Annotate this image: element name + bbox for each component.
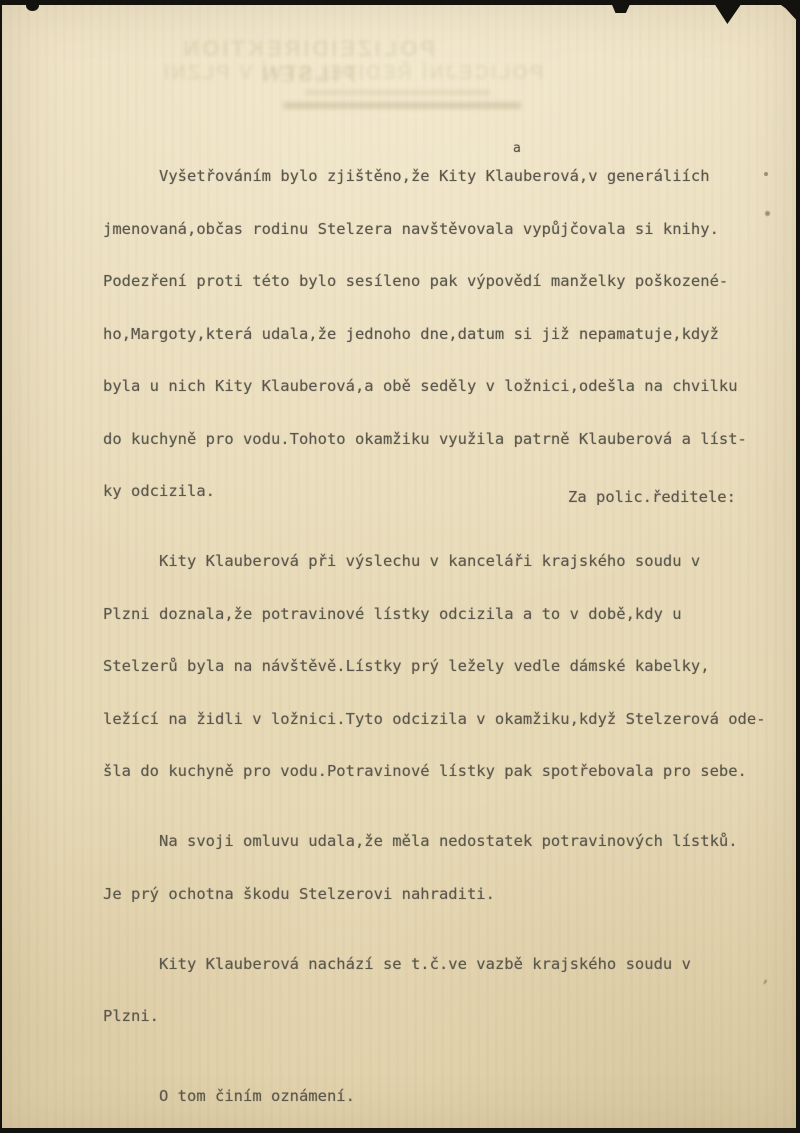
text-line: Kity Klauberová při výslechu v kanceláři… <box>103 553 788 571</box>
text-line: ležící na židli v ložnici.Tyto odcizila … <box>103 711 788 729</box>
text-line: ho,Margoty,která udala,že jednoho dne,da… <box>103 326 788 344</box>
text-line: byla u nich Kity Klauberová,a obě seděly… <box>103 378 788 396</box>
text-line: Stelzerů byla na návštěvě.Lístky prý lež… <box>103 658 788 676</box>
letterhead-bleedthrough: POLIZEIDIREKTION PILSEN POLICEJNÍ ŘEDITE… <box>0 0 800 140</box>
text-line: Je prý ochotna škodu Stelzerovi nahradit… <box>103 886 788 904</box>
typed-report-body: Vyšetřováním bylo zjištěno,že Kity Klaub… <box>103 133 788 1133</box>
text-line: šla do kuchyně pro vodu.Potravinové líst… <box>103 763 788 781</box>
text-line: Vyšetřováním bylo zjištěno,že Kity Klaub… <box>103 168 788 186</box>
dirt-speck <box>765 211 770 216</box>
bleedthrough-small-line-2 <box>283 102 521 109</box>
bleedthrough-small-line-1 <box>305 90 490 95</box>
scan-border-bottom <box>0 1128 800 1133</box>
closing-signature-line: Za polic.ředitele: <box>568 488 736 506</box>
text-line: Plzni doznala,že potravinové lístky odci… <box>103 606 788 624</box>
text-line: Kity Klauberová nachází se t.č.ve vazbě … <box>103 956 788 974</box>
dirt-speck <box>764 172 768 176</box>
typed-insertion-mark: a <box>513 141 521 156</box>
text-line: jmenovaná,občas rodinu Stelzera navštěvo… <box>103 221 788 239</box>
text-line: Na svoji omluvu udala,že měla nedostatek… <box>103 833 788 851</box>
bleedthrough-line-czech: POLICEJNÍ ŘEDITELSTVÍ V PLZNI <box>140 62 565 85</box>
paper-edge-notch <box>26 0 39 11</box>
scan-border-top <box>0 0 800 5</box>
scan-border-right <box>796 0 800 1133</box>
scan-border-left <box>0 0 2 1133</box>
scanned-document-page: POLIZEIDIREKTION PILSEN POLICEJNÍ ŘEDITE… <box>0 0 800 1133</box>
text-line: Plzni. <box>103 1008 788 1026</box>
text-line: Podezření proti této bylo sesíleno pak v… <box>103 273 788 291</box>
text-line: do kuchyně pro vodu.Tohoto okamžiku využ… <box>103 431 788 449</box>
text-line: O tom činím oznámení. <box>103 1088 788 1106</box>
